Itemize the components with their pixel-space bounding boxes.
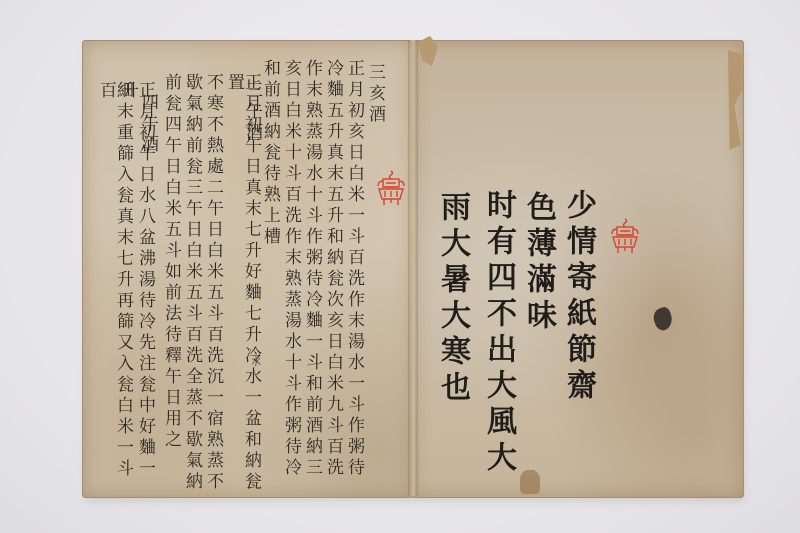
text-column: 三亥酒 <box>366 63 383 126</box>
text-column: 歇氣納前瓮三午日白米五斗百洗全蒸不歇氣納 <box>183 73 200 493</box>
margin-note: 水 <box>251 353 261 368</box>
open-book: 三亥酒 正月初亥日白米一斗百洗作末湯水一斗作粥待 冷麯五升真末五升和納瓮次亥日白… <box>82 40 742 498</box>
text-column: 正月初亥日白米一斗百洗作末湯水一斗作粥待 <box>345 59 362 479</box>
text-column: 作末熟蒸湯水十斗作粥待冷麯一斗和前酒納三 <box>303 59 320 479</box>
text-column: 不寒不熱處二午日白米五斗百洗沉一宿熟蒸不 <box>204 73 221 493</box>
calligraphy-column: 时有四不出大風大 <box>483 189 513 477</box>
calligraphy-column: 雨大暑大寒也 <box>437 191 467 407</box>
red-seal-icon <box>607 217 643 257</box>
text-column: 和前酒納瓮待熟上槽 <box>261 59 278 248</box>
book-spine <box>408 40 418 496</box>
text-column: 正月初午日真末七升好麯七升冷水一盆和納瓮置 <box>225 73 259 497</box>
text-column: 前瓮四午日白米五斗如前法待釋午日用之 <box>162 73 179 451</box>
right-page: 少情寄紙節齋 色薄滿味 时有四不出大風大 雨大暑大寒也 <box>412 40 744 498</box>
red-seal-icon <box>373 169 409 209</box>
text-column: 亥日白米十斗百洗作末熟蒸湯水十斗作粥待冷 <box>282 59 299 479</box>
paper-stain <box>520 470 540 494</box>
text-column: 細末重篩入瓮真末七升再篩又入瓮白米一斗百 <box>97 81 131 497</box>
calligraphy-column: 少情寄紙節齋 <box>563 189 593 405</box>
calligraphy-column: 色薄滿味 <box>523 191 553 335</box>
left-page: 三亥酒 正月初亥日白米一斗百洗作末湯水一斗作粥待 冷麯五升真末五升和納瓮次亥日白… <box>82 40 414 498</box>
text-column: 冷麯五升真末五升和納瓮次亥日白米九斗百洗 <box>324 59 341 479</box>
